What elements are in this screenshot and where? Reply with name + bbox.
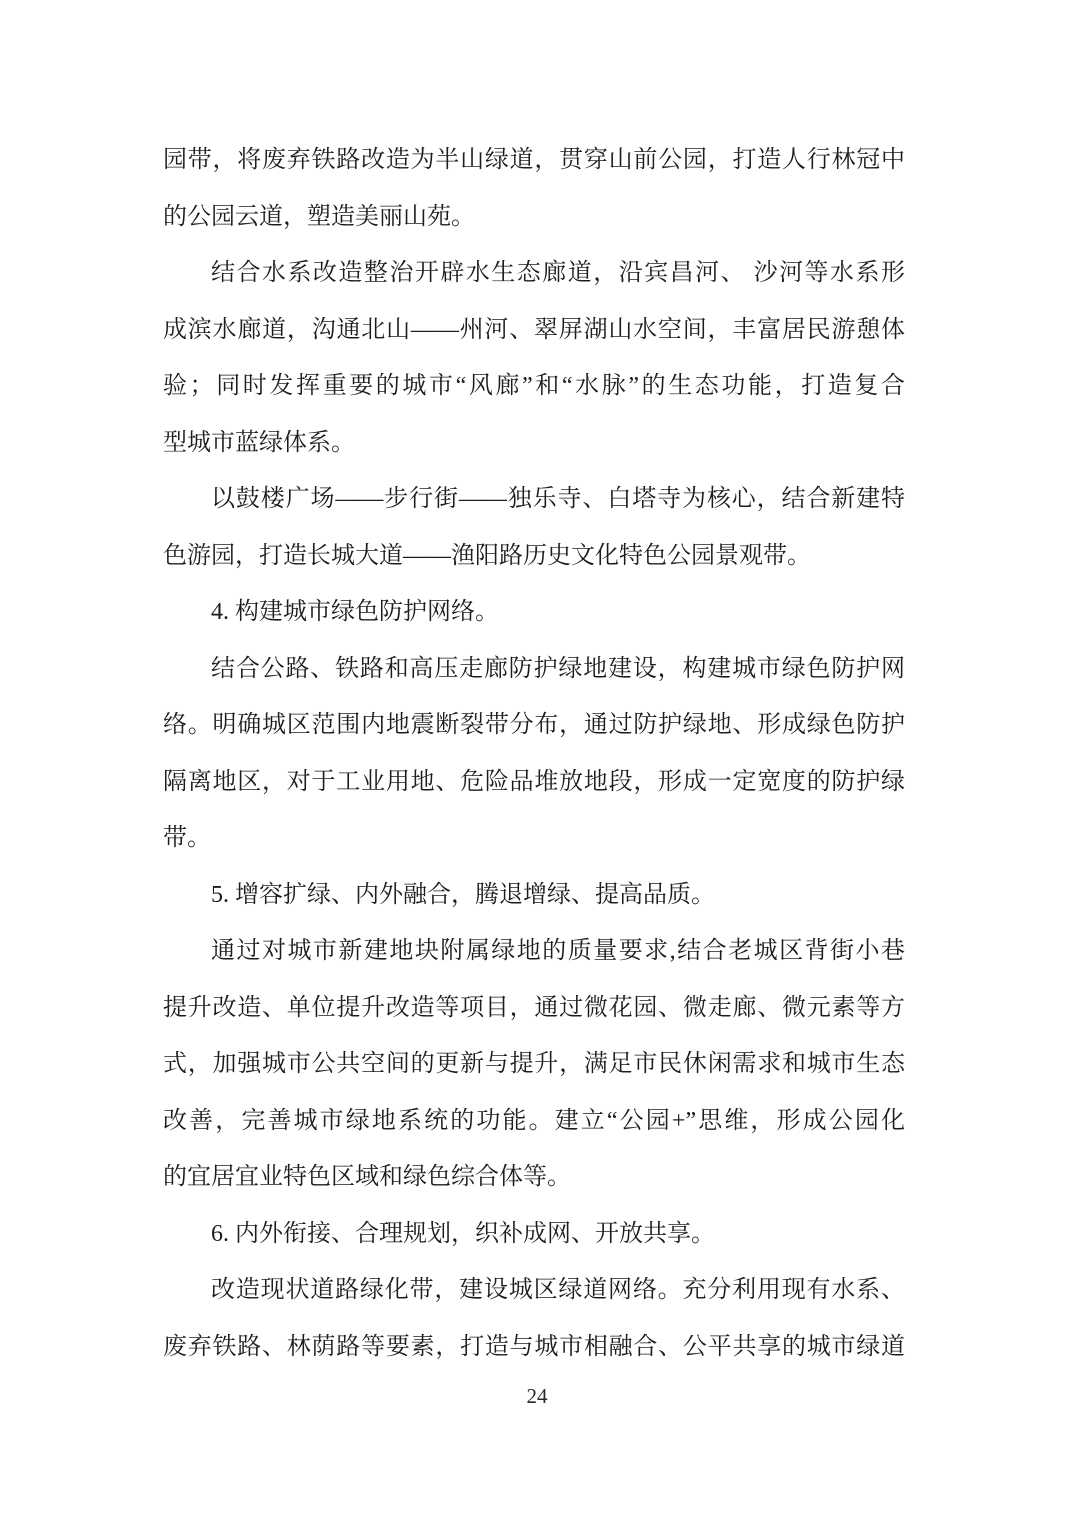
text-line: 以鼓楼广场——步行街——独乐寺、白塔寺为核心，结合新建特 (163, 471, 905, 528)
text-line: 结合水系改造整治开辟水生态廊道，沿宾昌河、 沙河等水系形 (163, 245, 905, 302)
text-line: 结合公路、铁路和高压走廊防护绿地建设，构建城市绿色防护网 (163, 641, 905, 698)
text-line: 络。明确城区范围内地震断裂带分布，通过防护绿地、形成绿色防护 (163, 697, 905, 754)
text-line: 成滨水廊道，沟通北山——州河、翠屏湖山水空间，丰富居民游憩体 (163, 302, 905, 359)
text-line: 改造现状道路绿化带，建设城区绿道网络。充分利用现有水系、 (163, 1262, 905, 1319)
text-line: 提升改造、单位提升改造等项目，通过微花园、微走廊、微元素等方 (163, 980, 905, 1037)
text-line: 的宜居宜业特色区域和绿色综合体等。 (163, 1149, 905, 1206)
text-line: 通过对城市新建地块附属绿地的质量要求,结合老城区背街小巷 (163, 923, 905, 980)
page-number: 24 (0, 1384, 1074, 1409)
text-line: 的公园云道，塑造美丽山苑。 (163, 189, 905, 246)
text-line: 验；同时发挥重要的城市“风廊”和“水脉”的生态功能，打造复合 (163, 358, 905, 415)
text-line: 5. 增容扩绿、内外融合，腾退增绿、提高品质。 (163, 867, 905, 924)
text-line: 隔离地区，对于工业用地、危险品堆放地段，形成一定宽度的防护绿 (163, 754, 905, 811)
text-line: 4. 构建城市绿色防护网络。 (163, 584, 905, 641)
document-page: 园带，将废弃铁路改造为半山绿道，贯穿山前公园，打造人行林冠中的公园云道，塑造美丽… (0, 0, 1074, 1520)
document-text-block: 园带，将废弃铁路改造为半山绿道，贯穿山前公园，打造人行林冠中的公园云道，塑造美丽… (163, 132, 905, 1375)
text-line: 改善，完善城市绿地系统的功能。建立“公园+”思维，形成公园化 (163, 1093, 905, 1150)
text-line: 废弃铁路、林荫路等要素，打造与城市相融合、公平共享的城市绿道 (163, 1319, 905, 1376)
text-line: 园带，将废弃铁路改造为半山绿道，贯穿山前公园，打造人行林冠中 (163, 132, 905, 189)
text-line: 色游园，打造长城大道——渔阳路历史文化特色公园景观带。 (163, 528, 905, 585)
text-line: 6. 内外衔接、合理规划，织补成网、开放共享。 (163, 1206, 905, 1263)
text-line: 式，加强城市公共空间的更新与提升，满足市民休闲需求和城市生态 (163, 1036, 905, 1093)
text-line: 型城市蓝绿体系。 (163, 415, 905, 472)
text-line: 带。 (163, 810, 905, 867)
